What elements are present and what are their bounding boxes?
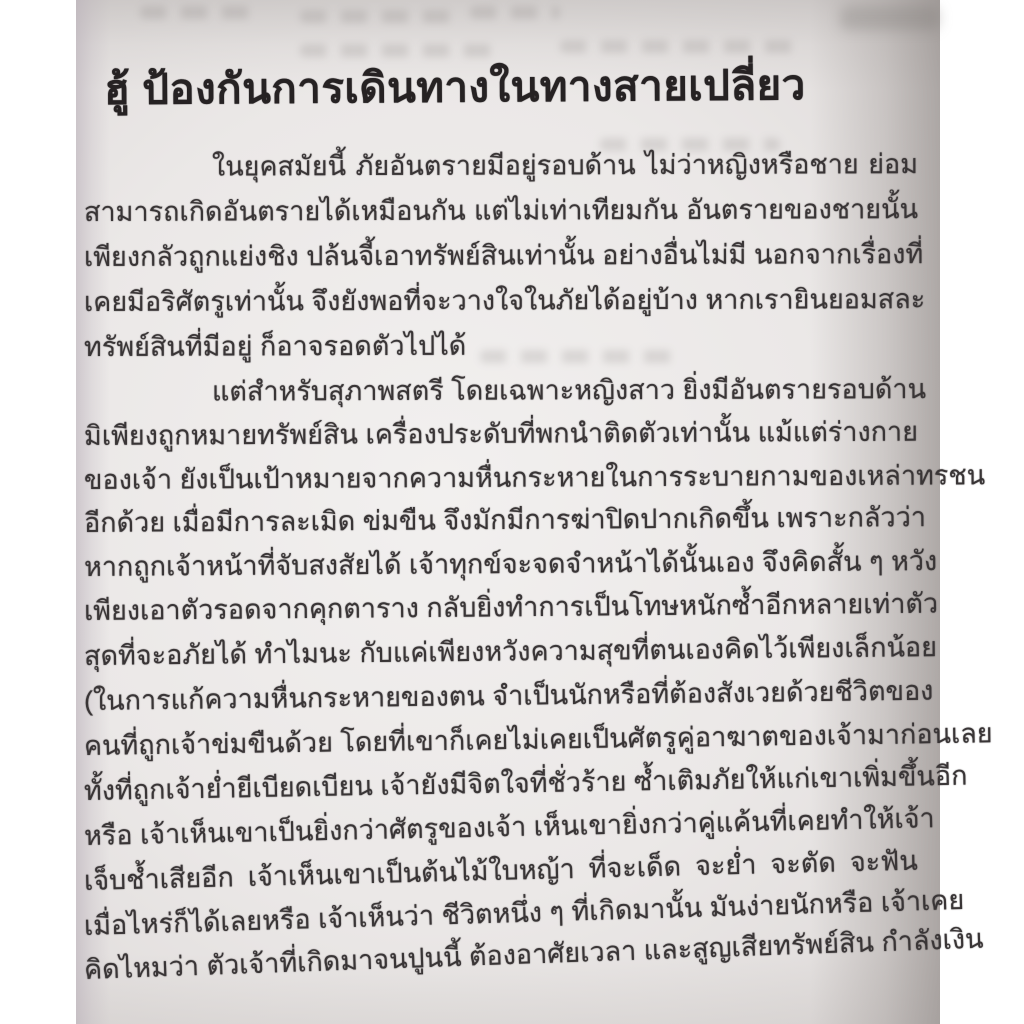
- text-line: สามารถเกิดอันตรายได้เหมือนกัน แต่ไม่เท่า…: [84, 187, 918, 234]
- text-line: ทรัพย์สินที่มีอยู่ ก็อาจรอดตัวไปได้: [84, 322, 918, 369]
- bleedthrough-artifact: [300, 10, 460, 23]
- bleedthrough-artifact: [560, 40, 800, 53]
- text-line: แต่สำหรับสุภาพสตรี โดยเฉพาะหญิงสาว ยิ่งม…: [84, 367, 918, 414]
- bleedthrough-artifact: [840, 6, 940, 30]
- text-line: เพียงเอาตัวรอดจากคุกตาราง กลับยิ่งทำการเ…: [84, 582, 918, 633]
- scanned-book-page: { "colors": { "canvas_margin": "#ffffff"…: [0, 0, 1024, 1024]
- text-line: เพียงกลัวถูกแย่งชิง ปล้นจี้เอาทรัพย์สินเ…: [84, 232, 918, 279]
- text-line: ในยุคสมัยนี้ ภัยอันตรายมีอยู่รอบด้าน ไม่…: [84, 142, 918, 189]
- bleedthrough-artifact: [140, 6, 260, 19]
- text-line: มิเพียงถูกหมายทรัพย์สิน เครื่องประดับที่…: [84, 410, 918, 458]
- bleedthrough-artifact: [300, 44, 500, 57]
- text-line: หากถูกเจ้าหน้าที่จับสงสัยได้ เจ้าทุกข์จะ…: [84, 539, 918, 589]
- bleedthrough-artifact: [470, 6, 560, 19]
- book-page-photo: ฮู้ ป้องกันการเดินทางในทางสายเปลี่ยว ในย…: [76, 0, 940, 1024]
- page-title: ฮู้ ป้องกันการเดินทางในทางสายเปลี่ยว: [104, 58, 924, 116]
- text-line: เคยมีอริศัตรูเท่านั้น จึงยังพอที่จะวางใจ…: [84, 277, 918, 324]
- text-line: ของเจ้า ยังเป็นเป้าหมายจากความหื่นกระหาย…: [84, 454, 918, 502]
- text-line: อีกด้วย เมื่อมีการละเมิด ข่มขืน จึงมักมี…: [84, 495, 918, 545]
